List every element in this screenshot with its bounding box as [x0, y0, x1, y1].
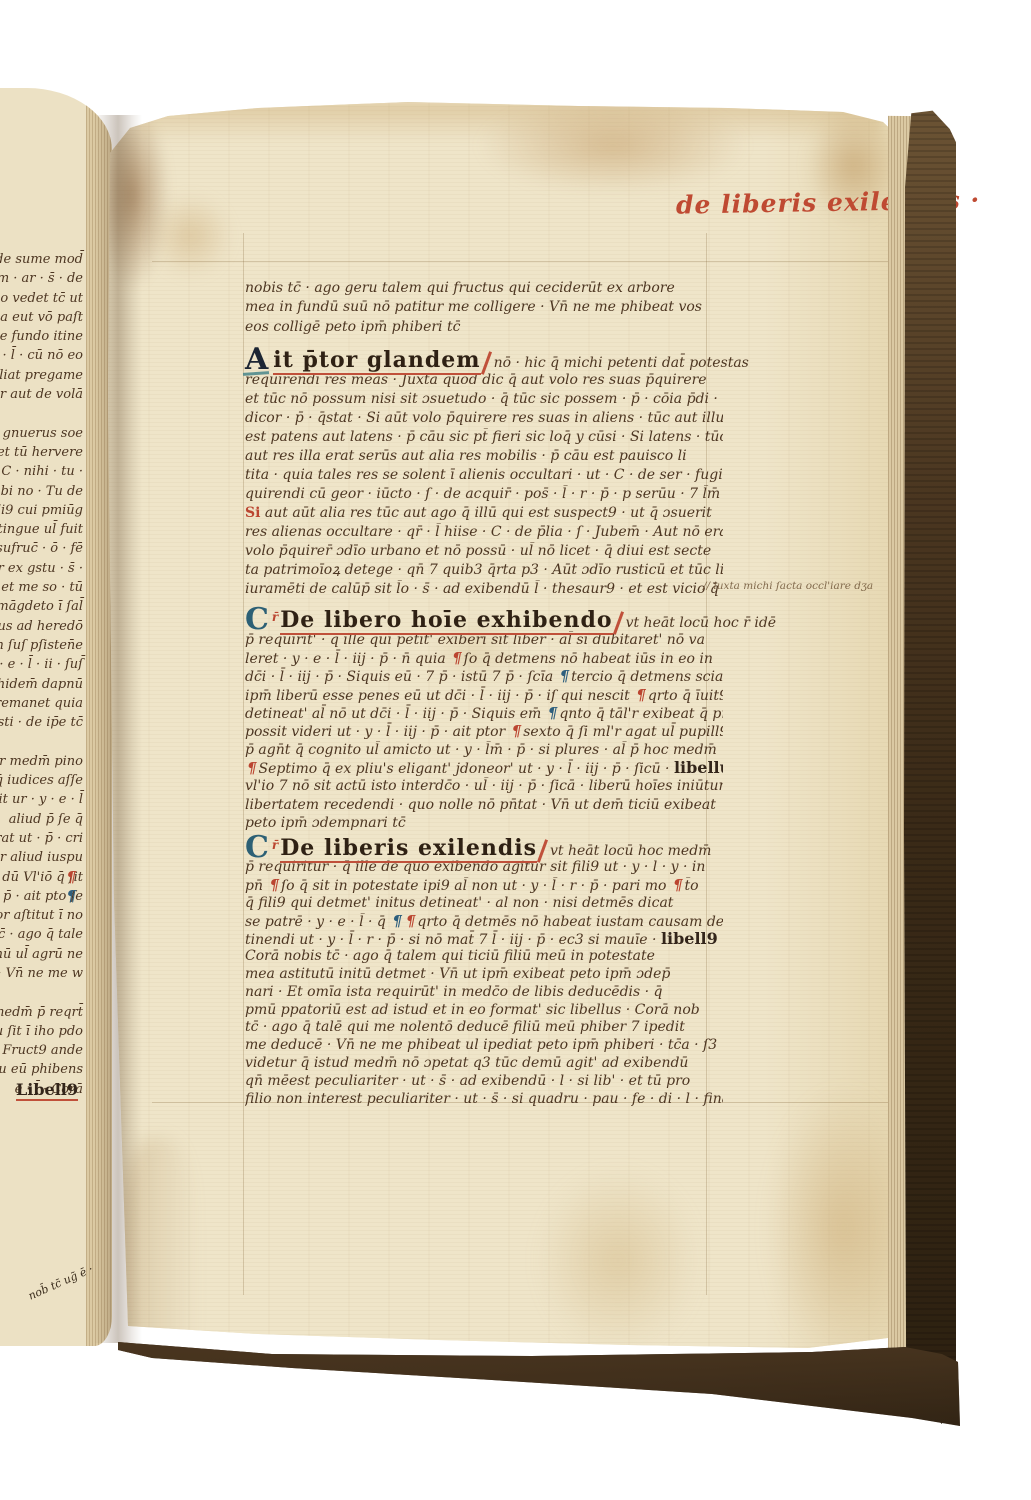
text-line: pn̄ ¶ſo q̄ sit in potestate ipi9 al̄ non…: [245, 877, 723, 895]
text-line: d q̄ gnuerus soe: [0, 424, 88, 443]
text-line: 1 · p̄ · ait pto ¶ſe: [0, 887, 88, 906]
red-paraph-mark: ¶: [510, 722, 524, 740]
binding-board-right: [904, 108, 956, 1424]
text-line: a de · s̄ · de fundo itine: [0, 327, 88, 346]
text-line: ipm̄ liberū esse penes eū ut dc̄i · l̄ ·…: [245, 686, 723, 704]
text-line: ɔ vsus ad heredō: [0, 617, 88, 636]
text-line: a et me so · tū: [0, 578, 88, 597]
text-line: videtur q̄ istud medm̄ nō ɔpetat q3 tūc …: [245, 1055, 723, 1073]
section-heading-libero-homine: Cr̄De libero hoīe exhibendovt heāt locū …: [245, 604, 723, 631]
text-line: ta · et tū hervere: [0, 443, 88, 462]
text-line: tu eū phibens: [0, 1060, 88, 1079]
heading-continuation: vt heāt locū hoc r̄ idē: [626, 615, 777, 631]
red-paraph-mark: ¶: [64, 868, 78, 887]
text-line: dc̄i · l̄ · iij · p̄ · Siquis eū · 7 p̄ …: [245, 667, 723, 685]
marginal-gloss: // iuxta michi ſacta occl'iare dʒa: [703, 580, 903, 592]
heading-continuation: vt heāt locū hoc medm̄: [550, 843, 711, 859]
text-line: pū de vsufruc̄ · ō · fē: [0, 539, 88, 558]
text-line: dicor · p̄ · q̄stat · Si aūt volo p̄quir…: [245, 409, 723, 428]
text-line: ¶Septimo q̄ ex pliu's eligant' jdoneor' …: [245, 759, 723, 777]
text-line: uemur ex gstu · s̄ ·: [0, 559, 88, 578]
text-line: est patens aut latens · p̄ cāu sic pt̄ f…: [245, 428, 723, 447]
text-line: nari · Et omīa ista requirūt' in medc̄o …: [245, 984, 723, 1002]
text-line: o tc̄ · ago q̄ tale: [0, 925, 88, 944]
text-line: toris · C · nihi · tu ·: [0, 462, 88, 481]
stain: [478, 98, 748, 193]
section-heading-glandem: Ait p̄tor glandemnō · hic q̄ michi peten…: [245, 344, 723, 371]
section-body-liberis: p̄ requiritur · q̄ ille de quo exibendo …: [245, 859, 723, 1108]
stain: [538, 1168, 698, 1353]
text-line: [0, 732, 88, 751]
text-line: leret · y · e · l̄ · iij · p̄ · n̄ quia …: [245, 649, 723, 667]
text-line: vl'io 7 nō sit actū isto interdc̄o · ul̄…: [245, 777, 723, 795]
text-line: Corā nobis tc̄ · ago q̄ talem qui ticiū …: [245, 948, 723, 966]
text-line: mū ul̄ agrū ne: [0, 945, 88, 964]
text-line: q̄ iudices aſſe: [0, 771, 88, 790]
text-line: ui no vedet tc̄ ut: [0, 289, 88, 308]
text-line: medm̄ p̄ reqrt̄: [0, 1003, 88, 1022]
text-line: iuramēti de calūp̄ sit l̄o · s̄ · ad exi…: [245, 580, 723, 599]
text-line: rc · e · l̄ · ii · ſuſ̄: [0, 655, 88, 674]
section-title: it p̄tor glandem: [273, 347, 480, 375]
text-line: Si aut aūt alia res tūc aut ago q̄ illū …: [245, 504, 723, 523]
text-line: volo p̄quirer̄ ɔdīo urbano et nō possū ·…: [245, 542, 723, 561]
section-body-glandem: requirendi res meas · Juxta quod dic q̄ …: [245, 371, 723, 599]
text-line: nsti · de ip̄e tc̄: [0, 713, 88, 732]
facing-page-text-fragments: u est si de sume mod̄no eo dem · ar · s̄…: [0, 250, 88, 1099]
red-paraph-mark: ¶: [245, 759, 259, 777]
text-line: tinendi ut · y · l̄ · r · p̄ · si nō mat…: [245, 930, 723, 948]
text-line: eos colligē peto ipm̄ phiberi tc̄: [245, 318, 723, 337]
text-line: ltar aliud iuspu: [0, 848, 88, 867]
text-line: dem ſuſ pſisten̄e: [0, 636, 88, 655]
rubric-mark: r̄: [272, 838, 278, 852]
text-line: ta patrimoīoꝝ detege · qn̄ 7 quib3 q̄rta…: [245, 561, 723, 580]
text-line: tita · quia tales res se solent ī alieni…: [245, 466, 723, 485]
text-line: nobis tc̄ · ago geru talem qui fructus q…: [245, 279, 723, 298]
text-line: q̄ fili9 qui detmet' initus detineat' · …: [245, 895, 723, 913]
text-line: os remanet quia: [0, 694, 88, 713]
section-heading-liberis: Cr̄De liberis exilendisvt heāt locū hoc …: [245, 832, 723, 859]
text-line: tingue ul̄ fuit: [0, 520, 88, 539]
red-paraph-mark: ¶: [267, 877, 281, 894]
text-line: detineat' al̄ nō ut dc̄i · l̄ · iij · p̄…: [245, 704, 723, 722]
text-line: aut res illa erat serūs aut alia res mob…: [245, 447, 723, 466]
red-paraph-mark: ¶: [671, 877, 685, 894]
text-line: no eo dem · ar · s̄ · de: [0, 269, 88, 288]
section-body-libero-homine: p̄ requirit' · q̄ ille qui petit' exiber…: [245, 631, 723, 832]
text-line: causa eut vō paſt: [0, 308, 88, 327]
text-line: ā hidem̄ dapnū: [0, 675, 88, 694]
text-line: n̄ · Vn̄ ne me w: [0, 964, 88, 983]
display-script-word: Libell9: [16, 1080, 78, 1101]
blue-paraph-mark: ¶: [558, 667, 572, 685]
text-line: pmū ppatoriū est ad istud et in eo forma…: [245, 1002, 723, 1020]
text-line: der · fur aut de volā: [0, 385, 88, 404]
red-paraph-mark: ¶: [404, 913, 418, 930]
text-line: vderit ur · y · e · l̄: [0, 790, 88, 809]
text-line: me deducē · Vn̄ ne me phibeat ul̄ ipedia…: [245, 1037, 723, 1055]
illuminated-initial: C: [245, 830, 269, 865]
blue-paraph-mark: ¶: [64, 887, 78, 906]
text-line: possit videri ut · y · l̄ · iij · p̄ · a…: [245, 722, 723, 740]
section-title: De libero hoīe exhibendo: [280, 607, 612, 635]
text-line: e illi9 cui pmiūg: [0, 501, 88, 520]
text-line: u est si de sume mod̄: [0, 250, 88, 269]
text-line: hor aſtitut ī no: [0, 906, 88, 925]
text-line: res alienas occultare · qr̄ · l̄ hiise ·…: [245, 523, 723, 542]
text-line: [0, 983, 88, 1002]
text-line: o q̄ Fruct9 ande: [0, 1041, 88, 1060]
red-paraph-mark: ¶: [634, 686, 648, 704]
display-script-word: libell9: [661, 930, 718, 948]
catchword-note: nob̄ tc̄ ug̃ ē ·: [26, 1262, 95, 1302]
text-line: o est ne · l̄ · cū nō eo: [0, 346, 88, 365]
text-line: se patrē · y · e · l̄ · q̄ ¶¶qrto q̄ det…: [245, 913, 723, 931]
stain: [148, 193, 233, 278]
text-line: qn̄ mēest peculiariter · ut · s̄ · ad ex…: [245, 1073, 723, 1091]
text-line: mea astitutū initū detmet · Vn̄ ut ipm̄ …: [245, 966, 723, 984]
text-line: nocrat ut · p̄ · cri: [0, 829, 88, 848]
ruling-line-vertical: [243, 233, 244, 1295]
illuminated-initial: A: [245, 342, 268, 377]
text-line: peto ipm̄ ɔdempnari tc̄: [245, 814, 723, 832]
text-line: e · l̄ · Libell9 Corā: [0, 1080, 88, 1099]
binding-board-bottom: [112, 1332, 960, 1432]
text-line: et tūc nō possum nisi sit ɔsuetudo · q̄ …: [245, 390, 723, 409]
text-column: nobis tc̄ · ago geru talem qui fructus q…: [245, 279, 723, 1108]
blue-paraph-mark: ¶: [546, 704, 560, 722]
blue-paraph-mark: ¶: [390, 913, 404, 930]
text-line: filio non interest peculiariter · ut · s…: [245, 1091, 723, 1109]
red-paraph-mark: ¶: [450, 649, 464, 667]
section-title: De liberis exilendis: [280, 835, 537, 863]
text-line: hor medm̄ pino: [0, 752, 88, 771]
display-script-word: libellus: [674, 759, 723, 777]
text-line: aliud p̄ ſe q̄: [0, 810, 88, 829]
text-line: u ſit ī iho pdo: [0, 1022, 88, 1041]
red-ink-word: Si: [245, 505, 260, 521]
ruling-line-horizontal: [152, 261, 894, 262]
text-line: [0, 404, 88, 423]
text-line: p̄ agn̄t q̄ cognito ul̄ amicto ut · y · …: [245, 741, 723, 759]
text-line: quirendi cū geor · iūcto · ſ · de acquir…: [245, 485, 723, 504]
text-line: tc̄ · ago q̄ talē qui me nolentō deducē …: [245, 1019, 723, 1037]
rubric-mark: r̄: [272, 610, 278, 624]
text-line: libertatem recedendi · quo nolle nō pn̄t…: [245, 796, 723, 814]
text-line: r cū ibi no · Tu de: [0, 482, 88, 501]
heading-continuation: nō · hic q̄ michi petenti dat̄ potestas: [494, 355, 749, 371]
text-line: et māgdeto ī ſal̄: [0, 597, 88, 616]
gutter-shadow: [94, 115, 142, 1343]
text-line: e no liat pregame: [0, 366, 88, 385]
text-line: mea in fundū suū nō patitur me colligere…: [245, 298, 723, 317]
illuminated-initial: C: [245, 602, 269, 637]
text-line: dū ¶Vl'iō q̄ ſit: [0, 868, 88, 887]
intro-paragraph: nobis tc̄ · ago geru talem qui fructus q…: [245, 279, 723, 337]
manuscript-photo: u est si de sume mod̄no eo dem · ar · s̄…: [0, 0, 1031, 1500]
